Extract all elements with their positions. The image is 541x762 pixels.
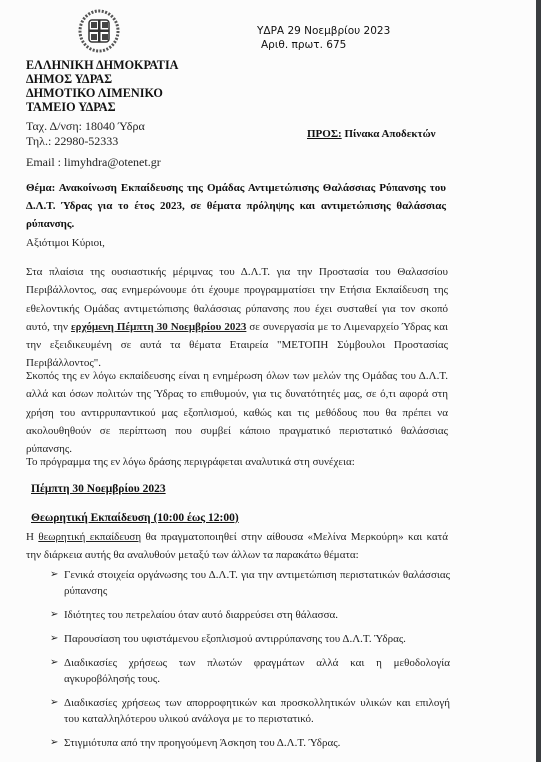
arrow-bullet-icon: ➢ (50, 695, 58, 711)
recipients-label: ΠΡΟΣ: (307, 128, 342, 140)
arrow-bullet-icon: ➢ (50, 607, 58, 623)
list-item: ➢Ιδιότητες του πετρελαίου όταν αυτό διαρ… (50, 607, 450, 623)
org-line: ΕΛΛΗΝΙΚΗ ΔΗΜΟΚΡΑΤΙΑ (26, 58, 178, 72)
topic-text: Διαδικασίες χρήσεως των πλωτών φραγμάτων… (64, 657, 450, 685)
paragraph-intro: Στα πλαίσια της ουσιαστικής μέριμνας του… (26, 263, 448, 373)
recipients-value: Πίνακα Αποδεκτών (342, 128, 436, 140)
greeting: Αξιότιμοι Κύριοι, (26, 237, 105, 249)
session-description: Η θεωρητική εκπαίδευση θα πραγματοποιηθε… (26, 528, 448, 565)
topic-text: Γενικά στοιχεία οργάνωσης του Δ.Λ.Τ. για… (64, 569, 450, 597)
postal-address: Ταχ. Δ/νση: 18040 Ύδρα (26, 119, 145, 134)
day-heading: Πέμπτη 30 Νοεμβρίου 2023 (31, 483, 166, 495)
protocol-number: Αριθ. πρωτ. 675 (257, 38, 390, 52)
document-date: ΥΔΡΑ 29 Νοεμβρίου 2023 (257, 24, 390, 38)
list-item: ➢Παρουσίαση του υφιστάμενου εξοπλισμού α… (50, 631, 450, 647)
arrow-bullet-icon: ➢ (50, 567, 58, 583)
topics-list: ➢Γενικά στοιχεία οργάνωσης του Δ.Λ.Τ. γι… (50, 567, 450, 759)
topic-text: Στιγμιότυπα από την προηγούμενη Άσκηση τ… (64, 737, 340, 749)
list-item: ➢Στιγμιότυπα από την προηγούμενη Άσκηση … (50, 735, 450, 751)
topic-text: Διαδικασίες χρήσεως των απορροφητικών κα… (64, 697, 450, 725)
document-page: ΕΛΛΗΝΙΚΗ ΔΗΜΟΚΡΑΤΙΑ ΔΗΜΟΣ ΥΔΡΑΣ ΔΗΜΟΤΙΚΟ… (0, 0, 536, 762)
recipients-line: ΠΡΟΣ: Πίνακα Αποδεκτών (307, 128, 436, 140)
organization-block: ΕΛΛΗΝΙΚΗ ΔΗΜΟΚΡΑΤΙΑ ΔΗΜΟΣ ΥΔΡΑΣ ΔΗΜΟΤΙΚΟ… (26, 58, 178, 114)
org-line: ΤΑΜΕΙΟ ΥΔΡΑΣ (26, 100, 178, 114)
topic-text: Παρουσίαση του υφιστάμενου εξοπλισμού αν… (64, 633, 406, 645)
subject: Θέμα: Ανακοίνωση Εκπαίδευσης της Ομάδας … (26, 179, 446, 233)
paragraph-text: Η (26, 531, 38, 543)
list-item: ➢Διαδικασίες χρήσεως των πλωτών φραγμάτω… (50, 655, 450, 687)
list-item: ➢Διαδικασίες χρήσεως των απορροφητικών κ… (50, 695, 450, 727)
arrow-bullet-icon: ➢ (50, 735, 58, 751)
paragraph-program: Το πρόγραμμα της εν λόγω δράσης περιγράφ… (26, 453, 448, 471)
arrow-bullet-icon: ➢ (50, 655, 58, 671)
underlined-term: θεωρητική εκπαίδευση (38, 531, 141, 543)
session-heading: Θεωρητική Εκπαίδευση (10:00 έως 12:00) (31, 512, 239, 524)
viewer-edge-scrollbar[interactable] (536, 0, 541, 762)
org-line: ΔΗΜΟΣ ΥΔΡΑΣ (26, 72, 178, 86)
coat-of-arms-icon (78, 9, 120, 53)
org-line: ΔΗΜΟΤΙΚΟ ΛΙΜΕΝΙΚΟ (26, 86, 178, 100)
email-address[interactable]: Email : limyhdra@otenet.gr (26, 155, 161, 170)
training-date-highlight: ερχόμενη Πέμπτη 30 Νοεμβρίου 2023 (71, 321, 246, 333)
phone-number: Τηλ.: 22980-52333 (26, 134, 118, 149)
list-item: ➢Γενικά στοιχεία οργάνωσης του Δ.Λ.Τ. γι… (50, 567, 450, 599)
topic-text: Ιδιότητες του πετρελαίου όταν αυτό διαρρ… (64, 609, 338, 621)
paragraph-purpose: Σκοπός της εν λόγω εκπαίδευσης είναι η ε… (26, 367, 448, 458)
arrow-bullet-icon: ➢ (50, 631, 58, 647)
date-block: ΥΔΡΑ 29 Νοεμβρίου 2023 Αριθ. πρωτ. 675 (257, 24, 390, 52)
